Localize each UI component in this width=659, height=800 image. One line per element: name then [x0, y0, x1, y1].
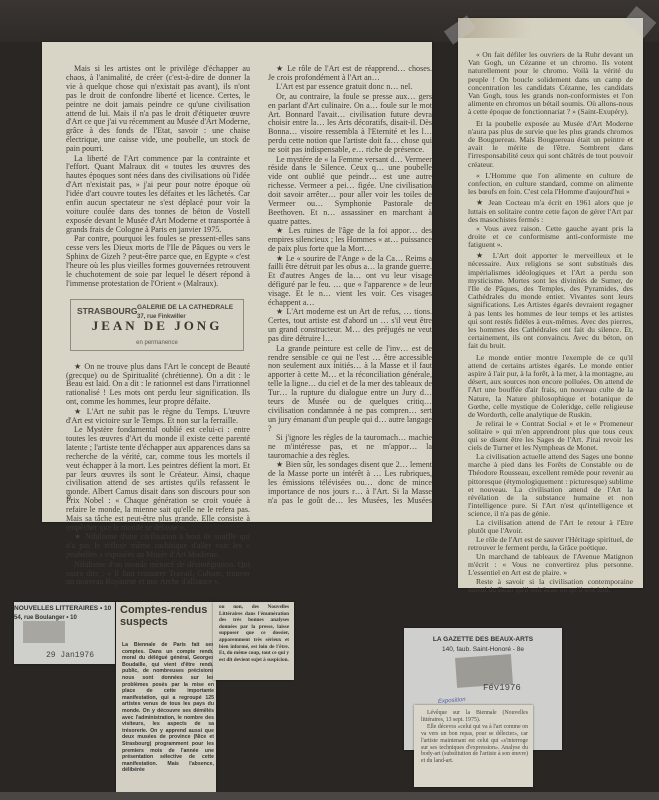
- paragraph: Un marchand de tableaux de l'Avenue Mati…: [468, 553, 633, 578]
- paragraph: Reste à savoir si la civilisation contem…: [468, 578, 633, 594]
- gallery-advertisement: STRASBOURG GALERIE DE LA CATHEDRALE 37, …: [70, 299, 244, 351]
- paragraph: Et la poubelle exposée au Musée d'Art Mo…: [468, 120, 633, 169]
- paragraph: Le Mystère fondamental oublié est celui-…: [66, 426, 250, 533]
- paragraph: Le rôle de l'Art est de sauver l'Héritag…: [468, 536, 633, 552]
- star-icon: ★: [276, 254, 283, 263]
- ink-stamp: [23, 621, 65, 643]
- headline: Comptes-rendus suspects: [120, 604, 216, 628]
- paragraph: Si j'ignore les règles de la tauromach… …: [268, 434, 432, 461]
- comptes-rendus-clipping: Comptes-rendus suspects La Biennale de P…: [116, 602, 216, 792]
- ad-artist: JEAN DE JONG: [71, 322, 243, 331]
- ad-note: en permanence: [71, 339, 243, 348]
- paragraph: ★ L'Art moderne est un Art de refus, … t…: [268, 308, 432, 344]
- paragraph: Le mystère de « la Femme versant d… Verm…: [268, 156, 432, 227]
- article-body: Lévêque sur la Biennale (Nouvelles litté…: [421, 710, 528, 765]
- paragraph: Le monde entier montre l'exemple de ce q…: [468, 354, 633, 420]
- paragraph: Nihilisme d'un monde menacé de désintégr…: [66, 561, 250, 588]
- star-icon: ★: [74, 532, 82, 541]
- date-stamp: 29 Jan1976: [46, 651, 94, 660]
- nouvelles-litteraires-header: NOUVELLES LITTERAIRES • 10 54, rue Boula…: [14, 602, 115, 664]
- paragraph: « Vous avez raison. Cette gauche ayant p…: [468, 225, 633, 250]
- board-bottom-edge: [0, 792, 659, 800]
- paragraph: La civilisation attend de l'Art le retou…: [468, 519, 633, 535]
- paragraph: La liberté de l'Art commence par la cont…: [66, 155, 250, 235]
- page-number: 8: [67, 492, 71, 501]
- masthead: NOUVELLES LITTERAIRES • 10: [14, 605, 111, 612]
- ad-gallery: GALERIE DE LA CATHEDRALE: [137, 304, 233, 313]
- gazette-title: LA GAZETTE DES BEAUX-ARTS: [404, 636, 562, 643]
- paragraph: ★ Nihilisme d'une civilisation à bout de…: [66, 533, 250, 560]
- paragraph: ★ Les ruines de l'âge de la foi appor… d…: [268, 227, 432, 254]
- paragraph: ★ On ne trouve plus dans l'Art le concep…: [66, 363, 250, 408]
- paragraph: ★ Le rôle de l'Art est de réapprend… cho…: [268, 65, 432, 83]
- article-body: La Biennale de Paris fait ses comptes. D…: [122, 642, 214, 774]
- left-column: Mais si les artistes ont le privilège d'…: [66, 65, 250, 588]
- right-clipping: « On fait défiler les ouvriers de la Ruh…: [458, 18, 643, 588]
- leveque-clipping: Lévêque sur la Biennale (Nouvelles litté…: [414, 705, 533, 787]
- paragraph: ★ Jean Cocteau m'a écrit en 1961 alors q…: [468, 199, 633, 224]
- paragraph: Or, au contraire, la foule se presse aux…: [268, 93, 432, 155]
- fold-shadow: [458, 18, 643, 38]
- star-icon: ★: [276, 460, 283, 469]
- date-stamp: Fév1976: [483, 683, 521, 693]
- paragraph: « L'Homme que l'on alimente en culture d…: [468, 172, 633, 197]
- paragraph: La civilisation actuelle attend des Sage…: [468, 453, 633, 519]
- paragraph: Lévêque sur la Biennale (Nouvelles litté…: [421, 710, 528, 724]
- right-column: « On fait défiler les ouvriers de la Ruh…: [468, 51, 633, 595]
- paragraph: Elle décevra «celui qui va à l'art comme…: [421, 724, 528, 765]
- star-icon: ★: [276, 65, 284, 73]
- paragraph: Par contre, pourquoi les foules se press…: [66, 235, 250, 288]
- star-icon: ★: [74, 407, 83, 416]
- magazine-page: Mais si les artistes ont le privilège d'…: [42, 42, 432, 522]
- paragraph: Je relirai le « Contrat Social » et le «…: [468, 420, 633, 453]
- comptes-rendus-continuation: ou non, des Nouvelles Littéraires dans l…: [213, 602, 294, 680]
- star-icon: ★: [276, 307, 284, 316]
- paragraph: L'Art est par essence gratuit donc n… ne…: [268, 83, 432, 92]
- paragraph: ★ L'Art ne subit pas le règne du Temps. …: [66, 408, 250, 426]
- star-icon: ★: [276, 226, 285, 235]
- article-body: ou non, des Nouvelles Littéraires dans l…: [219, 604, 289, 663]
- paragraph: ★ Bien sûr, les sondages disent que 2… l…: [268, 461, 432, 505]
- paragraph: La grande peinture est celle de l'inv… e…: [268, 345, 432, 434]
- paragraph: ★ L'Art doit apporter le merveilleux et …: [468, 252, 633, 350]
- paragraph: « On fait défiler les ouvriers de la Ruh…: [468, 51, 633, 117]
- middle-column: ★ Le rôle de l'Art est de réapprend… cho…: [268, 65, 432, 505]
- star-icon: ★: [74, 362, 82, 371]
- paragraph: Mais si les artistes ont le privilège d'…: [66, 65, 250, 154]
- gazette-address: 140, faub. Saint-Honoré - 8e: [404, 646, 562, 653]
- ad-city: STRASBOURG: [77, 307, 137, 316]
- paragraph: ★ Le « sourire de l'Ange » de la Ca… Rei…: [268, 255, 432, 308]
- handwritten-note: Exposition: [438, 697, 466, 705]
